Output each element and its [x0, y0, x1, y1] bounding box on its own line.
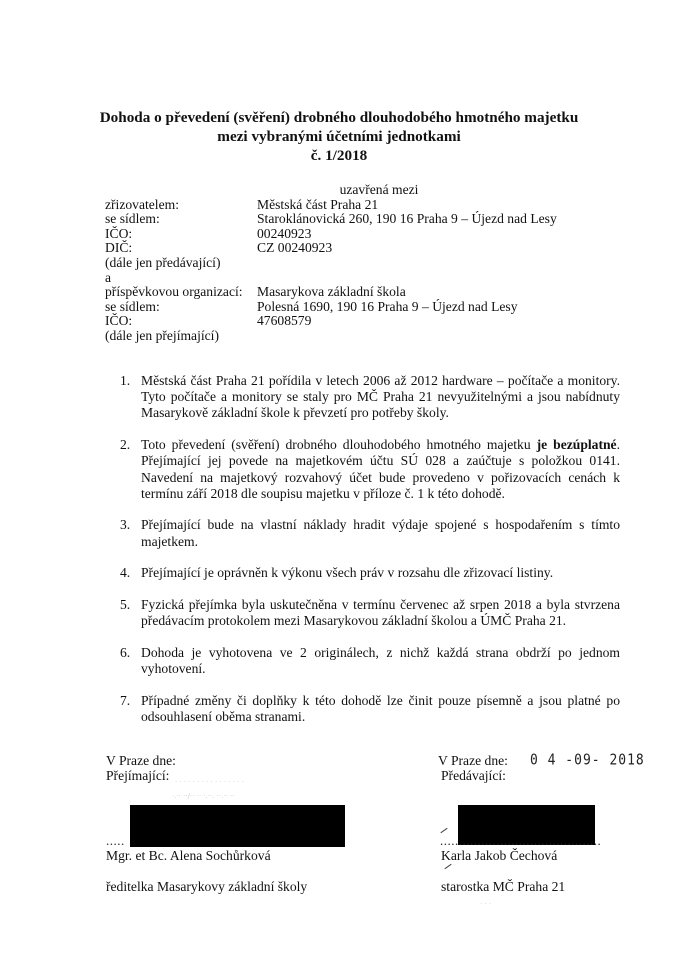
parties-section: uzavřená mezi zřizovatelem: Městská část… — [105, 183, 625, 344]
clause-text: Přejímající je oprávněn k výkonu všech p… — [141, 565, 620, 581]
concluded-between: uzavřená mezi — [105, 183, 625, 198]
party2-address-row: se sídlem: Polesná 1690, 190 16 Praha 9 … — [105, 300, 625, 315]
field-label: IČO: — [105, 314, 257, 329]
field-value: CZ 00240923 — [257, 241, 625, 256]
clause-item: 2. Toto převedení (svěření) drobného dlo… — [120, 437, 620, 502]
clause-number: 5. — [120, 597, 141, 629]
clause-number: 2. — [120, 437, 141, 502]
clause-number: 1. — [120, 373, 141, 422]
document-title: Dohoda o převedení (svěření) drobného dl… — [0, 108, 678, 165]
clause-item: 6. Dohoda je vyhotovena ve 2 originálech… — [120, 645, 620, 677]
clause-item: 7. Případné změny či doplňky k této doho… — [120, 693, 620, 725]
field-value: 00240923 — [257, 227, 625, 242]
field-value: Masarykova základní škola — [257, 285, 625, 300]
party2-ico-row: IČO: 47608579 — [105, 314, 625, 329]
field-value: Staroklánovická 260, 190 16 Praha 9 – Új… — [257, 212, 625, 227]
clause-number: 7. — [120, 693, 141, 725]
clause-item: 4. Přejímající je oprávněn k výkonu všec… — [120, 565, 620, 581]
clause-text: Přejímající bude na vlastní náklady hrad… — [141, 517, 620, 549]
party1-founder-row: zřizovatelem: Městská část Praha 21 — [105, 198, 625, 213]
faded-stamp-text: · · · · · · · · · · · · · · · · — [175, 778, 244, 786]
title-line-2: mezi vybranými účetními jednotkami — [0, 127, 678, 146]
clause-text-before: Toto převedení (svěření) drobného dlouho… — [141, 437, 537, 452]
clauses-list: 1. Městská část Praha 21 pořídila v lete… — [120, 373, 620, 725]
clause-text: Fyzická přejímka byla uskutečněna v term… — [141, 597, 620, 629]
clause-number: 6. — [120, 645, 141, 677]
left-place-date-label: V Praze dne: — [106, 753, 176, 768]
party2-role: (dále jen přejímající) — [105, 329, 625, 344]
field-label: se sídlem: — [105, 212, 257, 227]
field-value: 47608579 — [257, 314, 625, 329]
clause-text-bold: je bezúplatné — [537, 437, 617, 452]
right-role-label: Předávající: — [441, 768, 506, 783]
left-signatory-position: ředitelka Masarykovy základní školy — [106, 879, 307, 894]
clause-item: 5. Fyzická přejímka byla uskutečněna v t… — [120, 597, 620, 629]
right-signatory-name: Karla Jakob Čechová — [441, 848, 557, 863]
left-signature-line: ..... — [106, 833, 125, 849]
party2-organization-row: příspěvkovou organizací: Masarykova zákl… — [105, 285, 625, 300]
conjunction: a — [105, 271, 625, 286]
left-signatory-name: Mgr. et Bc. Alena Sochůrková — [106, 848, 271, 863]
right-signature-line: ........................................… — [440, 833, 601, 849]
party1-role: (dále jen předávající) — [105, 256, 625, 271]
faded-stamp-text: · · · — [480, 900, 491, 908]
party1-dic-row: DIČ: CZ 00240923 — [105, 241, 625, 256]
document-page: Dohoda o převedení (svěření) drobného dl… — [0, 0, 678, 960]
title-line-3: č. 1/2018 — [0, 146, 678, 165]
clause-text: Městská část Praha 21 pořídila v letech … — [141, 373, 620, 422]
clause-text: Toto převedení (svěření) drobného dlouho… — [141, 437, 620, 502]
faded-stamp-text: ·.·· ··/·· ·· ·.··. ··.·· ·· — [172, 792, 234, 800]
field-label: DIČ: — [105, 241, 257, 256]
redacted-signature — [130, 805, 345, 847]
clause-text: Případné změny či doplňky k této dohodě … — [141, 693, 620, 725]
field-value: Polesná 1690, 190 16 Praha 9 – Újezd nad… — [257, 300, 625, 315]
title-line-1: Dohoda o převedení (svěření) drobného dl… — [0, 108, 678, 127]
party1-address-row: se sídlem: Staroklánovická 260, 190 16 P… — [105, 212, 625, 227]
field-label: příspěvkovou organizací: — [105, 285, 257, 300]
clause-item: 1. Městská část Praha 21 pořídila v lete… — [120, 373, 620, 422]
clause-text: Dohoda je vyhotovena ve 2 originálech, z… — [141, 645, 620, 677]
party1-ico-row: IČO: 00240923 — [105, 227, 625, 242]
right-place-date-label: V Praze dne: — [438, 753, 508, 768]
clause-number: 3. — [120, 517, 141, 549]
right-signatory-position: starostka MČ Praha 21 — [441, 879, 565, 894]
field-value: Městská část Praha 21 — [257, 198, 625, 213]
clause-number: 4. — [120, 565, 141, 581]
field-label: zřizovatelem: — [105, 198, 257, 213]
pen-mark — [444, 864, 451, 869]
clause-item: 3. Přejímající bude na vlastní náklady h… — [120, 517, 620, 549]
left-role-label: Přejímající: — [106, 768, 169, 783]
date-stamp: 0 4 -09- 2018 — [530, 752, 645, 769]
